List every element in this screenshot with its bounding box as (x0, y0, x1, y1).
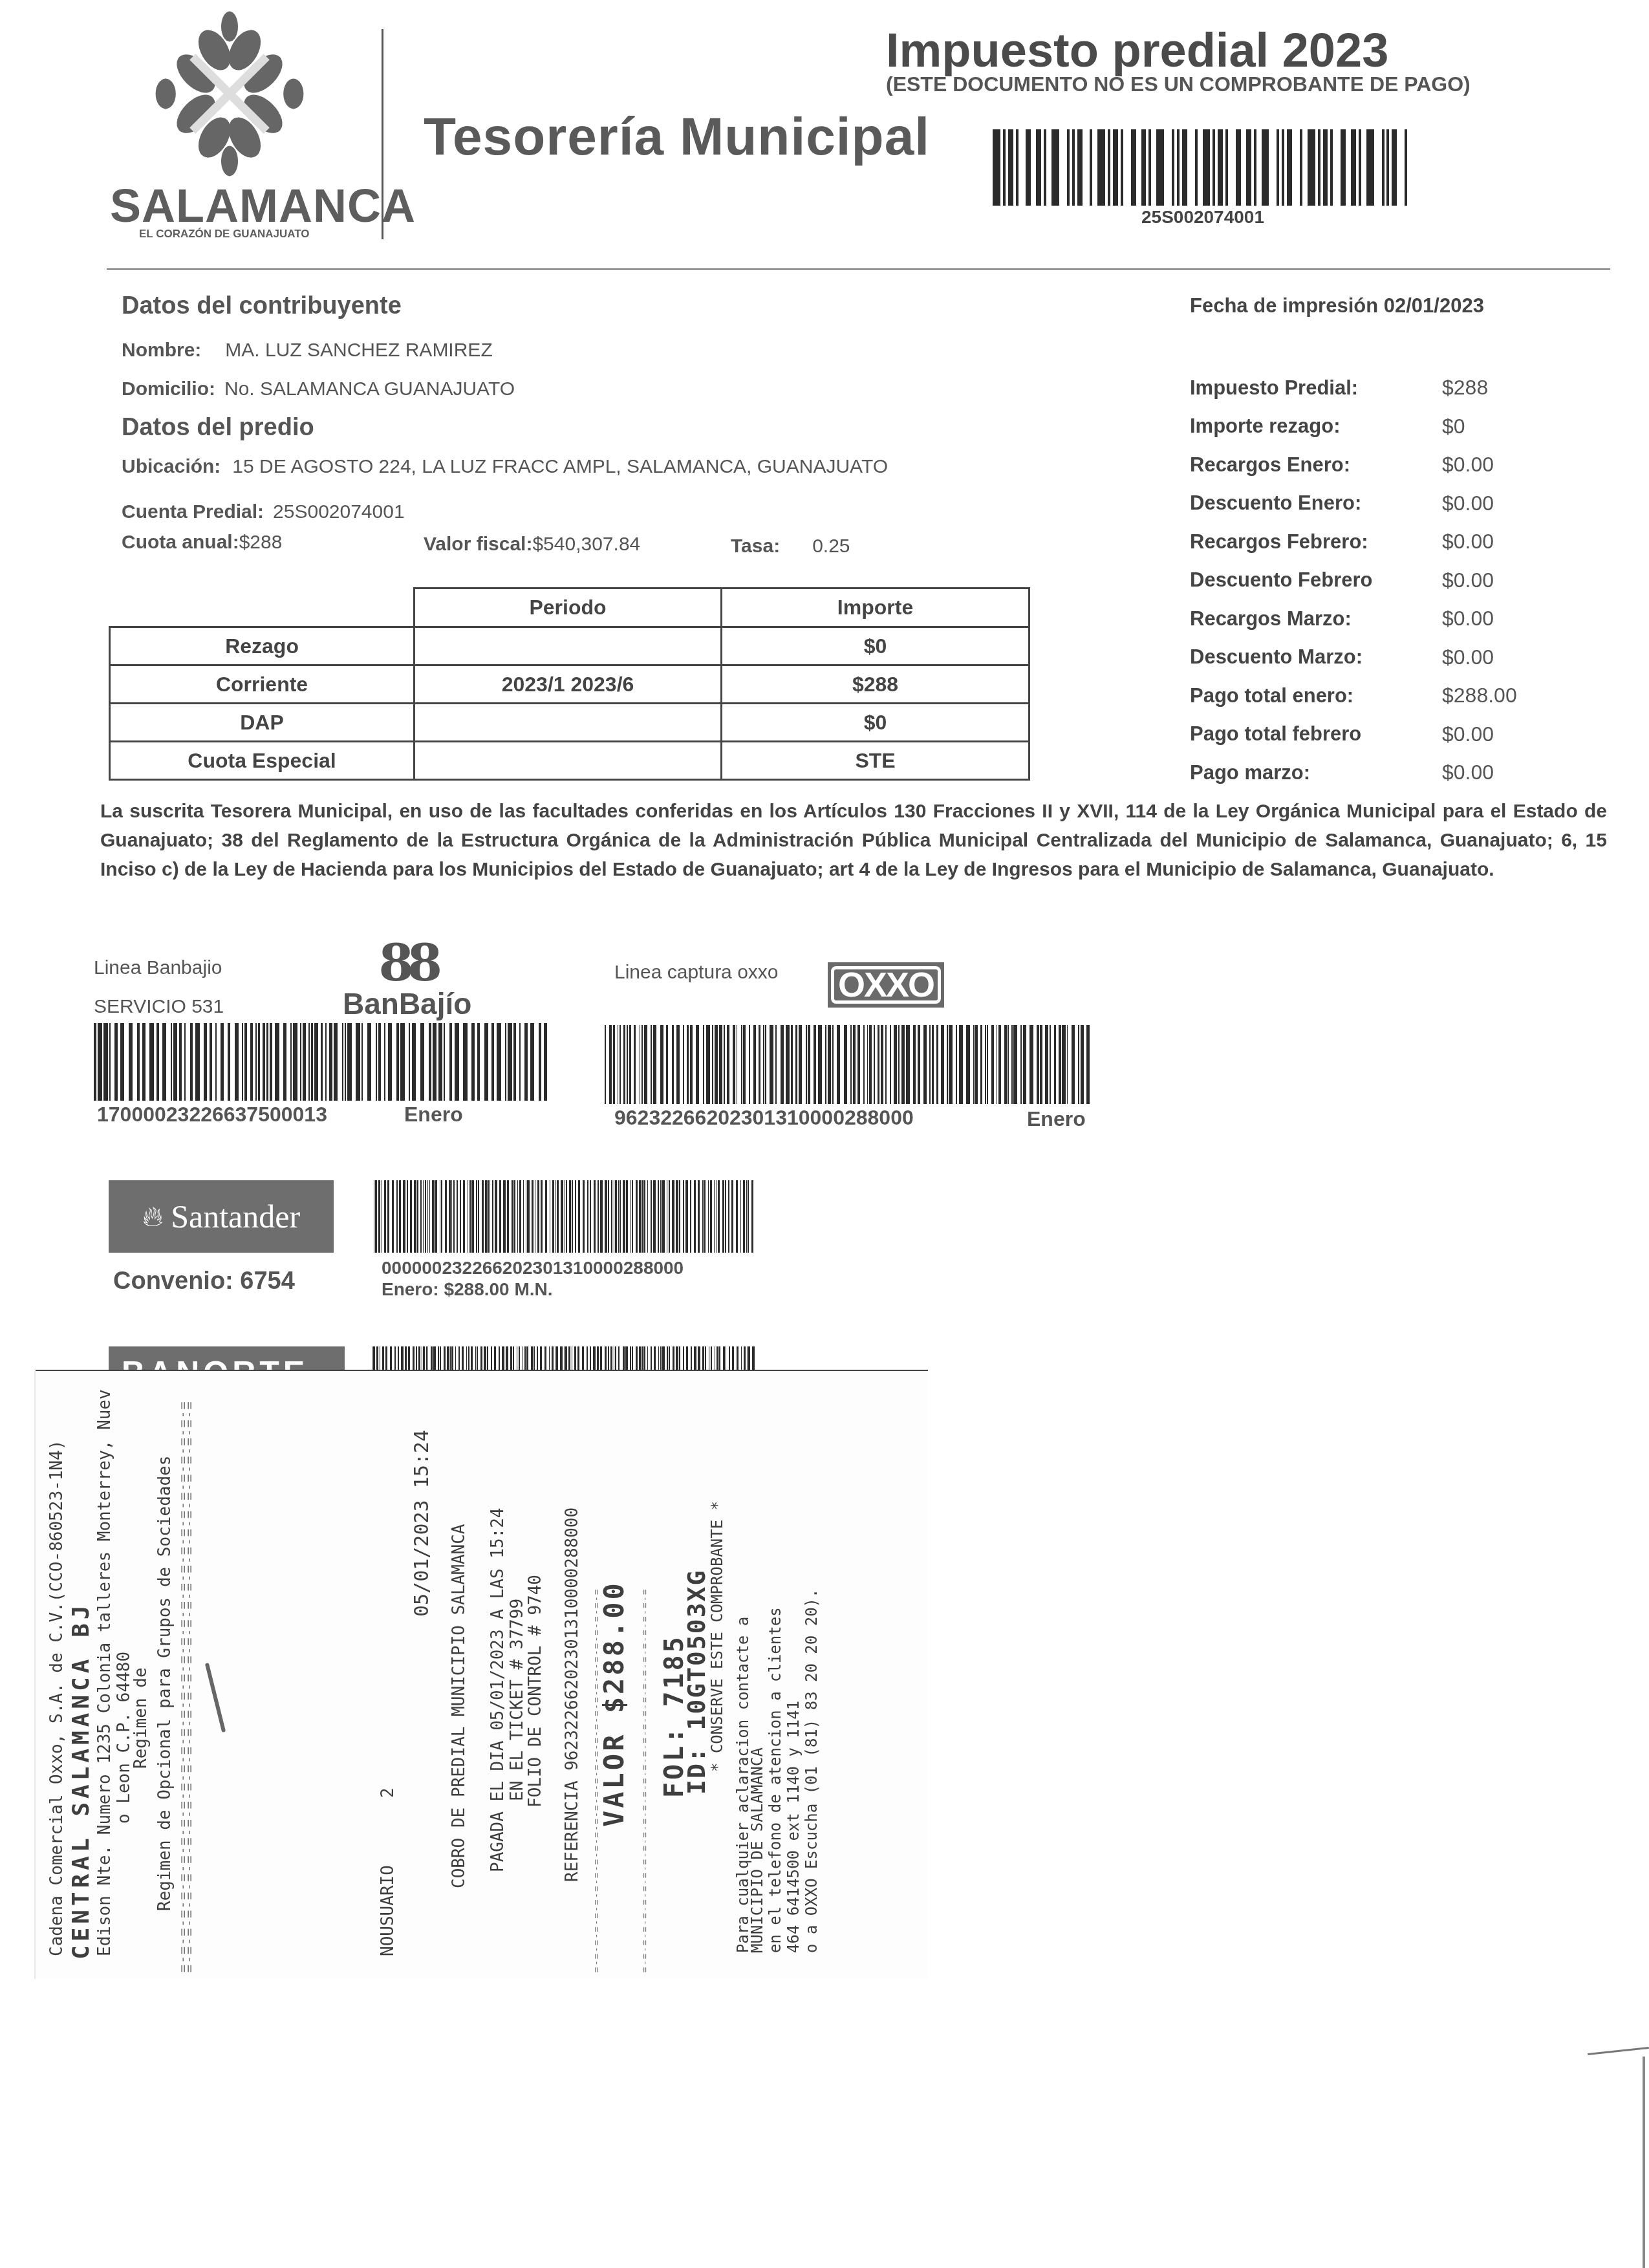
summary-row: Pago total enero:$288.00 (1190, 676, 1517, 715)
row-periodo: 2023/1 2023/6 (415, 665, 722, 704)
field-domicilio: Domicilio: No. SALAMANCA GUANAJUATO (122, 378, 515, 400)
summary-label: Importe rezago: (1190, 415, 1442, 438)
valor-value: $540,307.84 (532, 534, 640, 556)
row-concepto: DAP (110, 704, 415, 742)
field-nombre: Nombre: MA. LUZ SANCHEZ RAMIREZ (122, 340, 493, 362)
summary-value: $288.00 (1442, 684, 1517, 707)
summary-row: Descuento Febrero$0.00 (1190, 561, 1517, 600)
table-row: Cuota Especial STE (110, 742, 1029, 780)
santander-logo: 🔥︎ Santander (109, 1180, 334, 1253)
row-importe: $0 (722, 704, 1029, 742)
ubicacion-value: 15 DE AGOSTO 224, LA LUZ FRACC AMPL, SAL… (232, 456, 888, 478)
summary-label: Recargos Marzo: (1190, 607, 1442, 631)
field-ubicacion: Ubicación: 15 DE AGOSTO 224, LA LUZ FRAC… (122, 456, 888, 478)
banbajio-logo-word: BanBajío (343, 986, 471, 1021)
account-barcode-number: 25S002074001 (993, 207, 1413, 228)
cuenta-value: 25S002074001 (273, 501, 405, 523)
field-tasa: Tasa: 0.25 (731, 535, 850, 557)
table-header-blank (110, 589, 415, 627)
summary-label: Recargos Enero: (1190, 453, 1442, 477)
oxxo-month: Enero (1027, 1107, 1086, 1131)
print-date: Fecha de impresión 02/01/2023 (1190, 294, 1484, 318)
tasa-value: 0.25 (812, 535, 850, 557)
receipt-company: Cadena Comercial Oxxo, S.A. de C.V.(CCO-… (47, 1440, 67, 1956)
receipt-referencia: REFERENCIA 962322662023013100002880​00 (563, 1507, 582, 1882)
banbajio-barcode-number: 17000023226637500013 (97, 1103, 327, 1127)
summary-row: Pago marzo:$0.00 (1190, 753, 1517, 792)
receipt-usuario-label: NOUSUARIO (378, 1865, 398, 1956)
logo-tagline: EL CORAZÓN DE GUANAJUATO (139, 228, 310, 241)
summary-label: Recargos Febrero: (1190, 530, 1442, 554)
santander-barcode-number: 000000232266202301310000288000 (382, 1258, 684, 1279)
santander-logo-word: Santander (171, 1198, 300, 1235)
receipt-footer-2: MUNICIPIO DE SALAMANCA (748, 1747, 766, 1953)
section-heading-predio: Datos del predio (122, 414, 314, 442)
banbajio-month: Enero (404, 1103, 463, 1127)
receipt-ticket-line: EN EL TICKET # 37799 (508, 1599, 527, 1801)
nombre-value: MA. LUZ SANCHEZ RAMIREZ (225, 340, 492, 362)
summary-row: Descuento Enero:$0.00 (1190, 484, 1517, 523)
domicilio-value: No. SALAMANCA GUANAJUATO (224, 378, 515, 400)
receipt-paid-line: PAGADA EL DIA 05/01/2023 A LAS 15:24 (488, 1507, 508, 1872)
account-barcode (993, 129, 1413, 206)
row-periodo (415, 742, 722, 780)
valor-label: Valor fiscal: (424, 534, 532, 556)
santander-amount: Enero: $288.00 M.N. (382, 1279, 553, 1300)
oxxo-logo-word: OXXO (831, 966, 941, 1004)
oxxo-label: Linea captura oxxo (614, 962, 779, 984)
summary-value: $0.00 (1442, 645, 1494, 669)
oxxo-barcode (605, 1025, 1093, 1104)
receipt-footer-4: 464 6414500 ext 1140 y 1141 (784, 1701, 803, 1953)
receipt-valor: VALOR $288.00 (598, 1581, 630, 1827)
cuota-value: $288 (239, 532, 283, 554)
row-importe: $0 (722, 627, 1029, 665)
summary-row: Descuento Marzo:$0.00 (1190, 638, 1517, 677)
row-concepto: Rezago (110, 627, 415, 665)
legal-text: La suscrita Tesorera Municipal, en uso d… (100, 797, 1607, 884)
paper-fold (1588, 2047, 1649, 2055)
document-disclaimer: (ESTE DOCUMENTO NO ES UN COMPROBANTE DE … (886, 72, 1471, 96)
section-heading-contribuyente: Datos del contribuyente (122, 292, 402, 320)
field-valor-fiscal: Valor fiscal: $540,307.84 (424, 534, 640, 556)
header-rule (107, 268, 1610, 270)
logo-wordmark: SALAMANCA (110, 180, 416, 233)
summary-label: Descuento Febrero (1190, 568, 1442, 592)
receipt-folio-control: FOLIO DE CONTROL # 9740 (526, 1575, 545, 1808)
banbajio-label: Linea Banbajio (94, 957, 222, 979)
summary-row: Recargos Febrero:$0.00 (1190, 523, 1517, 561)
table-header-row: Periodo Importe (110, 589, 1029, 627)
paper-edge (1643, 2057, 1645, 2268)
receipt-datetime: 05/01/2023 15:24 (411, 1430, 433, 1617)
cuota-label: Cuota anual: (122, 532, 239, 554)
receipt-concept: COBRO DE PREDIAL MUNICIPIO SALAMANCA (449, 1524, 469, 1888)
field-cuenta-predial: Cuenta Predial: 25S002074001 (122, 501, 405, 523)
banbajio-barcode (94, 1023, 550, 1101)
receipt-footer-5: o a OXXO Escucha (01 (81) 83 20 20 20). (803, 1588, 821, 1953)
santander-convenio: Convenio: 6754 (113, 1268, 295, 1295)
banbajio-service: SERVICIO 531 (94, 996, 224, 1018)
summary-row: Impuesto Predial:$288 (1190, 369, 1517, 407)
row-periodo (415, 704, 722, 742)
table-row: DAP $0 (110, 704, 1029, 742)
header-divider (382, 29, 383, 239)
salamanca-emblem-icon (145, 10, 314, 178)
receipt-separator: =-=-=-=-=-=-=-=-=-=-=-=-=-=-=-=-=-=-=-=-… (640, 1588, 651, 1972)
banorte-logo: BANORTE (109, 1346, 345, 1372)
receipt-store: CENTRAL SALAMANCA BJ (68, 1602, 94, 1960)
row-concepto: Cuota Especial (110, 742, 415, 780)
cuenta-label: Cuenta Predial: (122, 501, 264, 523)
summary-label: Descuento Marzo: (1190, 645, 1442, 669)
santander-flame-icon: 🔥︎ (142, 1200, 163, 1233)
oxxo-receipt: Cadena Comercial Oxxo, S.A. de C.V.(CCO-… (36, 1371, 928, 1979)
receipt-usuario-value: 2 (378, 1787, 398, 1798)
department-name: Tesorería Municipal (424, 107, 930, 167)
row-concepto: Corriente (110, 665, 415, 704)
nombre-label: Nombre: (122, 340, 201, 362)
summary-value: $0.00 (1442, 530, 1494, 554)
table-header-periodo: Periodo (415, 589, 722, 627)
summary-value: $0.00 (1442, 722, 1494, 746)
summary-row: Importe rezago:$0 (1190, 407, 1517, 446)
summary-value: $0.00 (1442, 453, 1494, 477)
payment-summary: Impuesto Predial:$288Importe rezago:$0Re… (1190, 369, 1517, 792)
row-importe: STE (722, 742, 1029, 780)
period-table: Periodo Importe Rezago $0 Corriente 2023… (109, 587, 1030, 781)
receipt-regimen-1: Regimen de (131, 1667, 151, 1769)
summary-label: Impuesto Predial: (1190, 376, 1442, 400)
banbajio-icon: 88 (343, 941, 471, 986)
receipt-separator: =-=-=-=-=-=-=-=-=-=-=-=-=-=-=-=-=-=-=-=-… (181, 1400, 197, 1972)
summary-label: Pago marzo: (1190, 761, 1442, 784)
receipt-address-1: Edison Nte. Numero 1235 Colonia talleres… (95, 1389, 114, 1956)
summary-value: $0.00 (1442, 761, 1494, 784)
field-cuota-anual: Cuota anual: $288 (122, 532, 282, 554)
receipt-id: ID: 10GT0503XG (682, 1570, 711, 1795)
row-importe: $288 (722, 665, 1029, 704)
summary-row: Pago total febrero$0.00 (1190, 715, 1517, 754)
domicilio-label: Domicilio: (122, 378, 215, 400)
table-row: Rezago $0 (110, 627, 1029, 665)
tasa-label: Tasa: (731, 535, 780, 557)
summary-label: Pago total febrero (1190, 722, 1442, 746)
santander-barcode (374, 1180, 757, 1253)
summary-row: Recargos Marzo:$0.00 (1190, 599, 1517, 638)
summary-value: $0 (1442, 415, 1465, 438)
table-row: Corriente 2023/1 2023/6 $288 (110, 665, 1029, 704)
row-periodo (415, 627, 722, 665)
ubicacion-label: Ubicación: (122, 456, 221, 478)
summary-value: $0.00 (1442, 607, 1494, 631)
oxxo-logo: OXXO (828, 962, 944, 1008)
receipt-conserve: * CONSERVE ESTE COMPROBANTE * (708, 1501, 726, 1772)
receipt-regimen-2: Regimen de Opcional para Grupos de Socie… (155, 1456, 175, 1911)
summary-value: $0.00 (1442, 491, 1494, 515)
summary-row: Recargos Enero:$0.00 (1190, 446, 1517, 484)
summary-value: $288 (1442, 376, 1488, 400)
banbajio-logo: 88 BanBajío (343, 941, 471, 1021)
table-header-importe: Importe (722, 589, 1029, 627)
summary-value: $0.00 (1442, 568, 1494, 592)
summary-label: Pago total enero: (1190, 684, 1442, 707)
receipt-footer-3: en el telefono de atencion a clientes (766, 1607, 784, 1953)
oxxo-barcode-number: 9623226620230131000028800​0 (614, 1106, 914, 1130)
document-title: Impuesto predial 2023 (886, 23, 1388, 78)
summary-label: Descuento Enero: (1190, 491, 1442, 515)
